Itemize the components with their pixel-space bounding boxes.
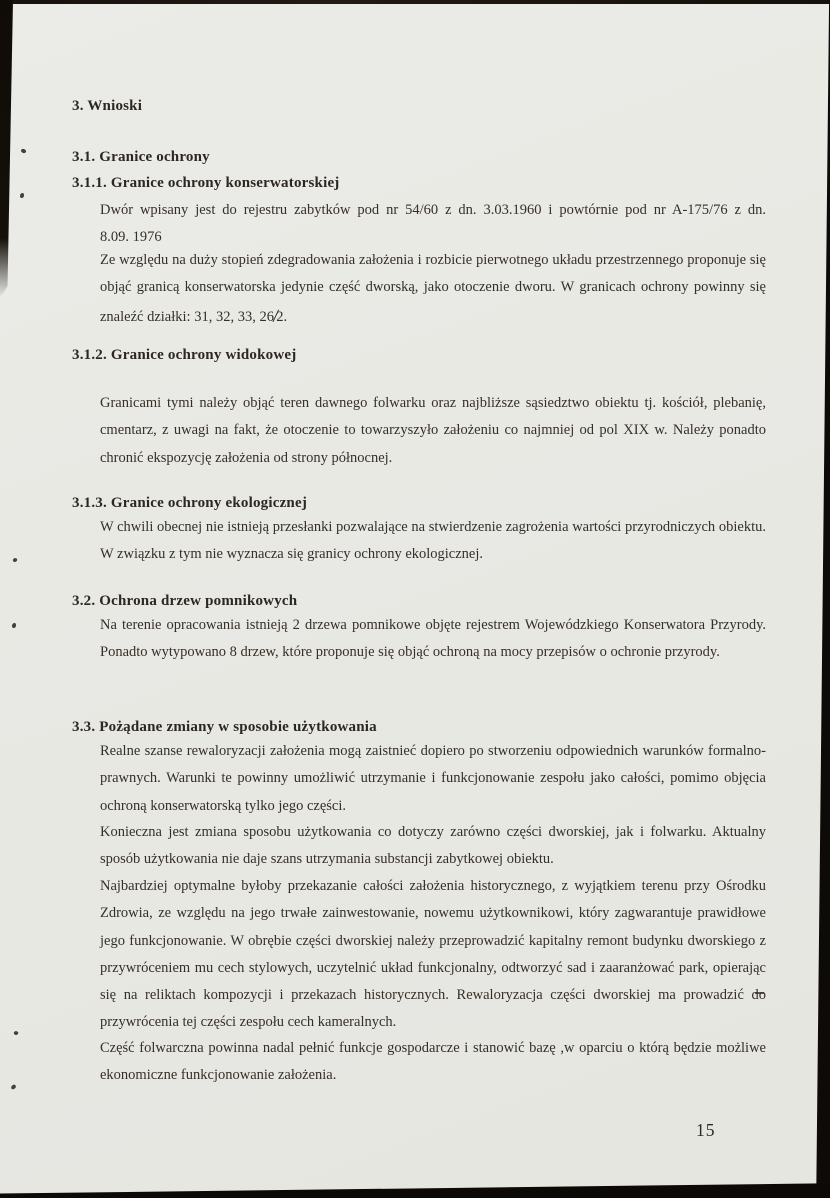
section-3-1-3-heading: 3.1.3. Granice ochrony ekologicznej (72, 492, 307, 514)
paragraph-conservation-borders: Ze względu na duży stopień zdegradowania… (100, 247, 766, 331)
scan-edge-bottom (0, 1182, 830, 1198)
paragraph-usage-changes-1: Realne szanse rewaloryzacji założenia mo… (100, 738, 766, 820)
section-3-1-1-heading: 3.1.1. Granice ochrony konserwatorskiej (72, 172, 340, 194)
scan-edge-top (0, 0, 830, 4)
paragraph-text-before-slash: Ze względu na duży stopień zdegradowania… (100, 252, 766, 325)
section-3-1-2-heading: 3.1.2. Granice ochrony widokowej (72, 344, 296, 366)
paper-speck (12, 623, 16, 628)
chapter-title: 3. Wnioski (72, 95, 142, 117)
paragraph-view-protection: Granicami tymi należy objąć teren dawneg… (100, 390, 766, 472)
scan-edge-left-strip (0, 0, 13, 298)
section-3-1-heading: 3.1. Granice ochrony (72, 146, 210, 168)
paragraph-ecological-protection: W chwili obecnej nie istnieją przesłanki… (100, 514, 766, 569)
section-3-2-heading: 3.2. Ochrona drzew pomnikowych (72, 590, 297, 612)
paper-speck (13, 1030, 19, 1036)
scan-edge-right (815, 0, 830, 1198)
paragraph-usage-changes-2: Konieczna jest zmiana sposobu użytkowani… (100, 819, 766, 874)
section-3-3-heading: 3.3. Pożądane zmiany w sposobie użytkowa… (72, 716, 377, 738)
page-number: 15 (696, 1120, 716, 1141)
paper-speck (20, 193, 24, 198)
paper-speck (10, 1084, 16, 1090)
paragraph-usage-changes-4: Część folwarczna powinna nadal pełnić fu… (100, 1035, 766, 1090)
paragraph-usage-changes-3: Najbardziej optymalne byłoby przekazanie… (100, 873, 766, 1037)
paper-speck (20, 148, 26, 154)
paragraph-registry-line1: Dwór wpisany jest do rejestru zabytków p… (100, 197, 766, 224)
scanned-document-page: 3. Wnioski 3.1. Granice ochrony 3.1.1. G… (0, 0, 830, 1198)
paragraph-monument-trees: Na terenie opracowania istnieją 2 drzewa… (100, 612, 766, 667)
paper-speck (12, 557, 17, 562)
